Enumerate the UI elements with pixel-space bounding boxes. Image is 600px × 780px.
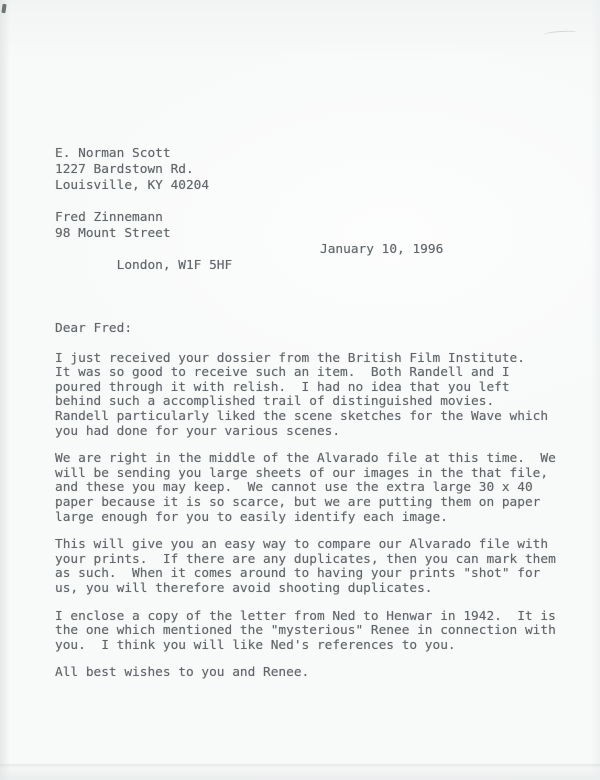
paragraph-line: I enclose a copy of the letter from Ned … xyxy=(55,610,575,625)
paragraph-line: you. I think you will like Ned's referen… xyxy=(55,639,575,654)
paragraph-line: your prints. If there are any duplicates… xyxy=(55,553,575,568)
paragraph-line: large enough for you to easily identify … xyxy=(55,511,575,526)
paragraph-line: us, you will therefore avoid shooting du… xyxy=(55,582,575,597)
paragraph-line: We are right in the middle of the Alvara… xyxy=(55,452,575,467)
paragraph-line: This will give you an easy way to compar… xyxy=(55,538,575,553)
recipient-city-line: London, W1F 5HF xyxy=(117,258,233,273)
recipient-city-date-line: London, W1F 5HF January 10, 1996 xyxy=(55,242,575,306)
sender-address: E. Norman Scott 1227 Bardstown Rd. Louis… xyxy=(55,146,575,194)
body-paragraph-4: I enclose a copy of the letter from Ned … xyxy=(55,610,575,654)
salutation-block: Dear Fred: xyxy=(55,322,575,337)
faint-pencil-mark xyxy=(543,30,577,38)
body-paragraph-2: We are right in the middle of the Alvara… xyxy=(55,452,575,525)
recipient-address: Fred Zinnemann 98 Mount Street London, W… xyxy=(55,210,575,306)
paragraph-line: will be sending you large sheets of our … xyxy=(55,467,575,482)
letter-date: January 10, 1996 xyxy=(320,242,443,258)
salutation: Dear Fred: xyxy=(55,322,575,337)
recipient-name-line: Fred Zinnemann xyxy=(55,210,575,226)
letter-body: E. Norman Scott 1227 Bardstown Rd. Louis… xyxy=(55,146,575,694)
sender-street-line: 1227 Bardstown Rd. xyxy=(55,162,575,178)
sender-name-line: E. Norman Scott xyxy=(55,146,575,162)
body-paragraph-1: I just received your dossier from the Br… xyxy=(55,352,575,440)
paragraph-line: and these you may keep. We cannot use th… xyxy=(55,481,575,496)
paragraph-line: behind such a accomplished trail of dist… xyxy=(55,395,575,410)
paper-crease xyxy=(0,764,600,768)
recipient-street-line: 98 Mount Street xyxy=(55,226,575,242)
paragraph-line: poured through it with relish. I had no … xyxy=(55,381,575,396)
closing-block: All best wishes to you and Renee. xyxy=(55,666,575,681)
paragraph-line: Randell particularly liked the scene ske… xyxy=(55,410,575,425)
paragraph-line: as such. When it comes around to having … xyxy=(55,567,575,582)
paragraph-line: I just received your dossier from the Br… xyxy=(55,352,575,367)
scan-speck xyxy=(1,4,6,13)
closing-line: All best wishes to you and Renee. xyxy=(55,666,575,681)
paragraph-line: paper because it is so scarce, but we ar… xyxy=(55,496,575,511)
paragraph-line: It was so good to receive such an item. … xyxy=(55,366,575,381)
letter-paper: E. Norman Scott 1227 Bardstown Rd. Louis… xyxy=(0,0,600,780)
sender-city-line: Louisville, KY 40204 xyxy=(55,178,575,194)
paragraph-line: you had done for your various scenes. xyxy=(55,425,575,440)
paragraph-line: the one which mentioned the "mysterious"… xyxy=(55,624,575,639)
body-paragraph-3: This will give you an easy way to compar… xyxy=(55,538,575,596)
